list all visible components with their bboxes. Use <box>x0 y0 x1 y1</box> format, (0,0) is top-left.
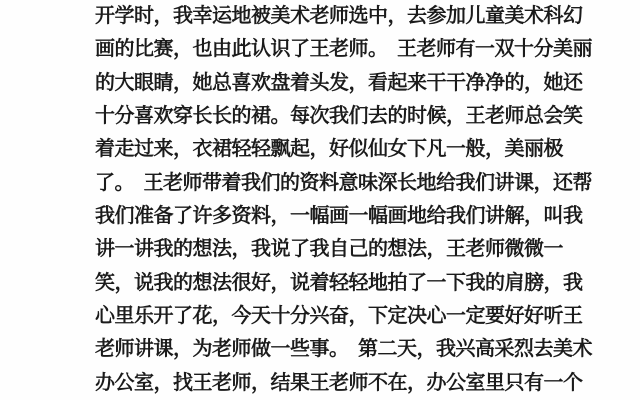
text-line: 十分喜欢穿长长的裙。每次我们去的时候，王老师总会笑 <box>95 100 635 133</box>
text-line: 讲一讲我的想法，我说了我自己的想法，王老师微微一 <box>95 233 635 266</box>
text-line: 心里乐开了花，今天十分兴奋，下定决心一定要好好听王 <box>95 300 635 333</box>
essay-text-block: 开学时，我幸运地被美术老师选中，去参加儿童美术科幻 画的比赛，也由此认识了王老师… <box>95 0 635 400</box>
text-line: 办公室，找王老师，结果王老师不在，办公室里只有一个 <box>95 367 635 400</box>
document-page: 开学时，我幸运地被美术老师选中，去参加儿童美术科幻 画的比赛，也由此认识了王老师… <box>0 0 640 400</box>
text-line: 老师讲课，为老师做一些事。 第二天，我兴高采烈去美术 <box>95 333 635 366</box>
text-line: 笑，说我的想法很好，说着轻轻地拍了一下我的肩膀，我 <box>95 267 635 300</box>
text-line: 了。 王老师带着我们的资料意味深长地给我们讲课，还帮 <box>95 167 635 200</box>
text-line: 的大眼睛，她总喜欢盘着头发，看起来干干净净的，她还 <box>95 67 635 100</box>
text-line: 着走过来，衣裙轻轻飘起，好似仙女下凡一般，美丽极 <box>95 133 635 166</box>
text-line: 我们准备了许多资料，一幅画一幅画地给我们讲解，叫我 <box>95 200 635 233</box>
text-line: 开学时，我幸运地被美术老师选中，去参加儿童美术科幻 <box>95 0 635 33</box>
text-line: 画的比赛，也由此认识了王老师。 王老师有一双十分美丽 <box>95 33 635 66</box>
